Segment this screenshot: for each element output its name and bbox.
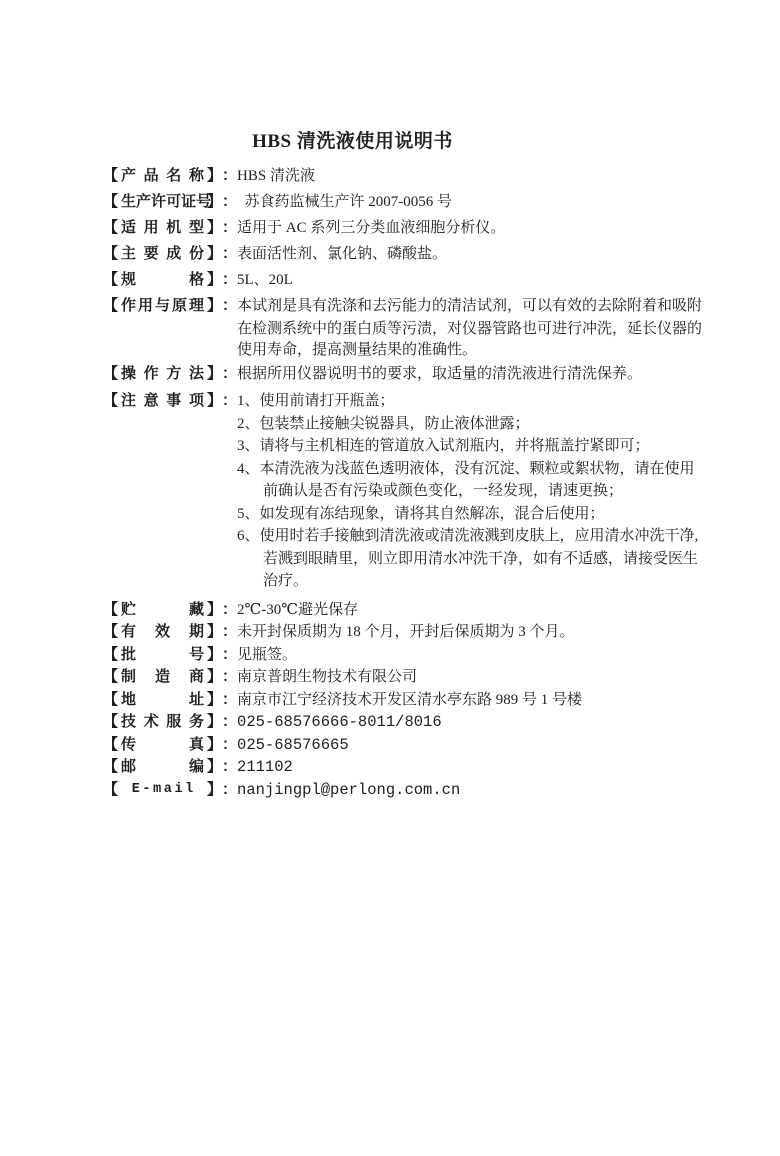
bracket-close-glyph: 】	[207, 163, 222, 189]
field-label: 【规格】	[103, 267, 222, 293]
field-label: 【产品名称】	[103, 163, 222, 189]
bracket-close-glyph: 】	[207, 361, 222, 387]
field-row: 【贮藏】：2℃-30℃避光保存	[103, 599, 703, 622]
bracket-close-glyph: 】	[207, 267, 222, 293]
label-char	[121, 779, 129, 802]
bracket-open-glyph: 【	[103, 241, 118, 267]
field-value-line: 025-68576666-8011/8016	[237, 711, 703, 734]
field-label: 【注意事项】	[103, 390, 222, 413]
bracket-open-glyph: 【	[103, 215, 118, 241]
field-label-text: 邮编	[118, 756, 207, 779]
label-colon: ：	[222, 163, 237, 189]
label-char: 贮	[121, 599, 136, 622]
label-colon: ：	[222, 621, 237, 644]
field-label: 【 E-mail 】	[103, 779, 222, 802]
field-label-text: 传真	[118, 734, 207, 757]
field-value-line: 025-68576665	[237, 734, 703, 757]
label-colon: ：	[222, 293, 237, 319]
label-char: 传	[121, 734, 136, 757]
field-value: 根据所用仪器说明书的要求，取适量的清洗液进行清洗保养。	[237, 361, 703, 387]
bracket-close-glyph: 】	[207, 779, 222, 802]
label-char: 操	[121, 361, 136, 387]
field-value-line: 根据所用仪器说明书的要求，取适量的清洗液进行清洗保养。	[237, 361, 703, 387]
field-value-line: 南京市江宁经济技术开发区清水亭东路 989 号 1 号楼	[237, 689, 703, 712]
label-char: m	[153, 779, 161, 802]
field-label-text: 批号	[118, 644, 207, 667]
label-char: E	[132, 779, 140, 802]
label-char: 产	[121, 163, 136, 189]
field-label-text: 地址	[118, 689, 207, 712]
label-char: -	[142, 779, 150, 802]
label-char: 藏	[189, 599, 204, 622]
field-label: 【作用与原理】	[103, 293, 222, 319]
field-value: 见瓶签。	[237, 644, 703, 667]
label-colon: ：	[222, 189, 237, 215]
label-char: 服	[166, 711, 181, 734]
label-char: 要	[144, 241, 159, 267]
field-value-line: 前确认是否有污染或颜色变化，一经发现，请速更换；	[237, 480, 703, 503]
field-value-line: 若溅到眼睛里，则立即用清水冲洗干净，如有不适感，请接受医生	[237, 548, 703, 571]
field-row: 【地址】：南京市江宁经济技术开发区清水亭东路 989 号 1 号楼	[103, 689, 703, 712]
label-char: 产	[136, 189, 151, 215]
field-value-line: 适用于 AC 系列三分类血液细胞分析仪。	[237, 215, 703, 241]
bracket-open-glyph: 【	[103, 779, 118, 802]
field-row: 【主要成份】：表面活性剂、氯化钠、磷酸盐。	[103, 241, 703, 267]
field-value: 未开封保质期为 18 个月，开封后保质期为 3 个月。	[237, 621, 703, 644]
label-colon: ：	[222, 644, 237, 667]
bracket-open-glyph: 【	[103, 644, 118, 667]
field-value-line: 使用寿命，提高测量结果的准确性。	[237, 340, 703, 361]
label-char: 许	[151, 189, 166, 215]
field-row: 【批号】：见瓶签。	[103, 644, 703, 667]
bracket-open-glyph: 【	[103, 621, 118, 644]
field-label: 【地址】	[103, 689, 222, 712]
label-char: 生	[121, 189, 136, 215]
label-char: 务	[189, 711, 204, 734]
field-label-text: 制造商	[118, 666, 207, 689]
label-char: 与	[155, 293, 170, 319]
field-value: 苏食药监械生产许 2007-0056 号	[237, 189, 703, 215]
field-label: 【操作方法】	[103, 361, 222, 387]
label-char: 有	[121, 621, 136, 644]
bracket-open-glyph: 【	[103, 689, 118, 712]
label-colon: ：	[222, 779, 237, 802]
field-row: 【操作方法】：根据所用仪器说明书的要求，取适量的清洗液进行清洗保养。	[103, 361, 703, 387]
bracket-close-glyph: 】	[207, 293, 222, 319]
field-row: 【适用机型】：适用于 AC 系列三分类血液细胞分析仪。	[103, 215, 703, 241]
field-value: 南京市江宁经济技术开发区清水亭东路 989 号 1 号楼	[237, 689, 703, 712]
field-value: nanjingpl@perlong.com.cn	[237, 779, 703, 802]
label-char: 作	[121, 293, 136, 319]
field-label-text: 注意事项	[118, 390, 207, 413]
label-char: i	[174, 779, 182, 802]
bracket-close-glyph: 】	[207, 189, 222, 215]
field-value-line: 6、使用时若手接触到清洗液或清洗液溅到皮肤上，应用清水冲洗干净,	[237, 525, 703, 548]
field-label-text: 产品名称	[118, 163, 207, 189]
label-char: 注	[121, 390, 136, 413]
bracket-open-glyph: 【	[103, 361, 118, 387]
field-value-line: 1、使用前请打开瓶盖；	[237, 390, 703, 413]
field-label-text: 生产许可证号	[118, 189, 207, 215]
field-row: 【传真】：025-68576665	[103, 734, 703, 757]
label-char: 期	[189, 621, 204, 644]
bracket-close-glyph: 】	[207, 756, 222, 779]
label-char: 商	[189, 666, 204, 689]
label-char: 址	[189, 689, 204, 712]
label-char: 法	[189, 361, 204, 387]
bracket-open-glyph: 【	[103, 293, 118, 319]
label-char: 意	[144, 390, 159, 413]
field-label-text: 主要成份	[118, 241, 207, 267]
field-value-line: 2、包装禁止接触尖锐器具，防止液体泄露；	[237, 413, 703, 436]
bracket-close-glyph: 】	[207, 621, 222, 644]
label-char: 称	[189, 163, 204, 189]
bracket-close-glyph: 】	[207, 644, 222, 667]
label-char: 原	[172, 293, 187, 319]
bracket-close-glyph: 】	[207, 599, 222, 622]
field-label: 【贮藏】	[103, 599, 222, 622]
field-value: 5L、20L	[237, 267, 703, 293]
field-row: 【规格】：5L、20L	[103, 267, 703, 293]
label-char: 方	[166, 361, 181, 387]
label-char: 规	[121, 267, 136, 293]
field-label-text: 规格	[118, 267, 207, 293]
label-char: 份	[189, 241, 204, 267]
label-colon: ：	[222, 361, 237, 387]
field-value-line: 5、如发现有冻结现象，请将其自然解冻，混合后使用；	[237, 503, 703, 526]
field-label-text: 作用与原理	[118, 293, 207, 319]
label-colon: ：	[222, 390, 237, 413]
document-page: HBS 清洗液使用说明书 【产品名称】：HBS 清洗液【生产许可证号】： 苏食药…	[0, 0, 780, 1156]
bracket-close-glyph: 】	[207, 215, 222, 241]
bracket-open-glyph: 【	[103, 267, 118, 293]
field-row: 【生产许可证号】： 苏食药监械生产许 2007-0056 号	[103, 189, 703, 215]
field-value: 适用于 AC 系列三分类血液细胞分析仪。	[237, 215, 703, 241]
label-char: 制	[121, 666, 136, 689]
field-label-text: 技术服务	[118, 711, 207, 734]
label-char: 用	[144, 215, 159, 241]
label-colon: ：	[222, 599, 237, 622]
label-char: 作	[144, 361, 159, 387]
label-colon: ：	[222, 215, 237, 241]
label-char: 造	[155, 666, 170, 689]
field-value-line: 本试剂是具有洗涤和去污能力的清洁试剂，可以有效的去除附着和吸附	[237, 293, 703, 319]
bracket-close-glyph: 】	[207, 241, 222, 267]
label-colon: ：	[222, 666, 237, 689]
bracket-close-glyph: 】	[207, 711, 222, 734]
label-char: l	[185, 779, 193, 802]
label-char: a	[164, 779, 172, 802]
field-value-line: 2℃-30℃避光保存	[237, 599, 703, 622]
label-char: 名	[166, 163, 181, 189]
field-row: 【邮编】：211102	[103, 756, 703, 779]
label-char: 技	[121, 711, 136, 734]
label-char: 编	[189, 756, 204, 779]
field-row: 【作用与原理】：本试剂是具有洗涤和去污能力的清洁试剂，可以有效的去除附着和吸附在…	[103, 293, 703, 361]
label-char: 号	[189, 644, 204, 667]
label-char: 理	[189, 293, 204, 319]
label-colon: ：	[222, 267, 237, 293]
label-char: 机	[166, 215, 181, 241]
field-label: 【主要成份】	[103, 241, 222, 267]
label-char: 用	[138, 293, 153, 319]
field-value-line: 苏食药监械生产许 2007-0056 号	[237, 189, 703, 215]
field-value-line: 4、本清洗液为浅蓝色透明液体，没有沉淀、颗粒或絮状物，请在使用	[237, 458, 703, 481]
field-value-line: 在检测系统中的蛋白质等污渍，对仪器管路也可进行冲洗，延长仪器的	[237, 319, 703, 340]
label-colon: ：	[222, 711, 237, 734]
label-char: 事	[166, 390, 181, 413]
label-char: 成	[166, 241, 181, 267]
field-value-line: HBS 清洗液	[237, 163, 703, 189]
label-char: 效	[155, 621, 170, 644]
entries-list: 【产品名称】：HBS 清洗液【生产许可证号】： 苏食药监械生产许 2007-00…	[103, 163, 703, 801]
label-colon: ：	[222, 756, 237, 779]
field-value-line: nanjingpl@perlong.com.cn	[237, 779, 703, 802]
field-row: 【技术服务】：025-68576666-8011/8016	[103, 711, 703, 734]
field-value-line: 5L、20L	[237, 267, 703, 293]
label-char: 批	[121, 644, 136, 667]
label-char: 真	[189, 734, 204, 757]
field-label: 【传真】	[103, 734, 222, 757]
field-row: 【有效期】：未开封保质期为 18 个月，开封后保质期为 3 个月。	[103, 621, 703, 644]
label-colon: ：	[222, 734, 237, 757]
label-char: 格	[189, 267, 204, 293]
field-label-text: 操作方法	[118, 361, 207, 387]
field-label-text: E-mail	[118, 779, 207, 802]
field-row: 【制造商】：南京普朗生物技术有限公司	[103, 666, 703, 689]
field-row: 【产品名称】：HBS 清洗液	[103, 163, 703, 189]
bracket-open-glyph: 【	[103, 390, 118, 413]
field-value-line: 见瓶签。	[237, 644, 703, 667]
field-value: 本试剂是具有洗涤和去污能力的清洁试剂，可以有效的去除附着和吸附在检测系统中的蛋白…	[237, 293, 703, 361]
bracket-open-glyph: 【	[103, 666, 118, 689]
label-char: 邮	[121, 756, 136, 779]
field-value: 2℃-30℃避光保存	[237, 599, 703, 622]
field-value-line: 南京普朗生物技术有限公司	[237, 666, 703, 689]
label-char: 地	[121, 689, 136, 712]
field-label-text: 贮藏	[118, 599, 207, 622]
field-value: 1、使用前请打开瓶盖；2、包装禁止接触尖锐器具，防止液体泄露；3、请将与主机相连…	[237, 390, 703, 593]
label-char: 术	[144, 711, 159, 734]
field-row: 【注意事项】：1、使用前请打开瓶盖；2、包装禁止接触尖锐器具，防止液体泄露；3、…	[103, 390, 703, 593]
label-char: 适	[121, 215, 136, 241]
bracket-open-glyph: 【	[103, 711, 118, 734]
bracket-open-glyph: 【	[103, 599, 118, 622]
field-label: 【技术服务】	[103, 711, 222, 734]
bracket-open-glyph: 【	[103, 189, 118, 215]
field-value-line: 3、请将与主机相连的管道放入试剂瓶内，并将瓶盖拧紧即可；	[237, 435, 703, 458]
bracket-open-glyph: 【	[103, 163, 118, 189]
bracket-close-glyph: 】	[207, 666, 222, 689]
field-value-line: 未开封保质期为 18 个月，开封后保质期为 3 个月。	[237, 621, 703, 644]
label-char	[196, 779, 204, 802]
field-label: 【批号】	[103, 644, 222, 667]
field-value-line: 表面活性剂、氯化钠、磷酸盐。	[237, 241, 703, 267]
field-value: 025-68576666-8011/8016	[237, 711, 703, 734]
field-label: 【制造商】	[103, 666, 222, 689]
bracket-open-glyph: 【	[103, 734, 118, 757]
label-char: 品	[144, 163, 159, 189]
bracket-close-glyph: 】	[207, 390, 222, 413]
field-label: 【邮编】	[103, 756, 222, 779]
field-label-text: 适用机型	[118, 215, 207, 241]
field-value-line: 211102	[237, 756, 703, 779]
field-value-line: 治疗。	[237, 570, 703, 593]
bracket-close-glyph: 】	[207, 689, 222, 712]
bracket-open-glyph: 【	[103, 756, 118, 779]
field-label: 【生产许可证号】	[103, 189, 222, 215]
field-value: 表面活性剂、氯化钠、磷酸盐。	[237, 241, 703, 267]
field-value: HBS 清洗液	[237, 163, 703, 189]
label-colon: ：	[222, 241, 237, 267]
label-char: 可	[166, 189, 181, 215]
label-char: 项	[189, 390, 204, 413]
field-label: 【有效期】	[103, 621, 222, 644]
label-char: 型	[189, 215, 204, 241]
field-row: 【 E-mail 】：nanjingpl@perlong.com.cn	[103, 779, 703, 802]
field-label: 【适用机型】	[103, 215, 222, 241]
field-value: 南京普朗生物技术有限公司	[237, 666, 703, 689]
label-colon: ：	[222, 689, 237, 712]
document-title: HBS 清洗液使用说明书	[54, 130, 651, 154]
label-char: 主	[121, 241, 136, 267]
bracket-close-glyph: 】	[207, 734, 222, 757]
field-value: 025-68576665	[237, 734, 703, 757]
label-char: 证	[181, 189, 196, 215]
field-label-text: 有效期	[118, 621, 207, 644]
field-value: 211102	[237, 756, 703, 779]
